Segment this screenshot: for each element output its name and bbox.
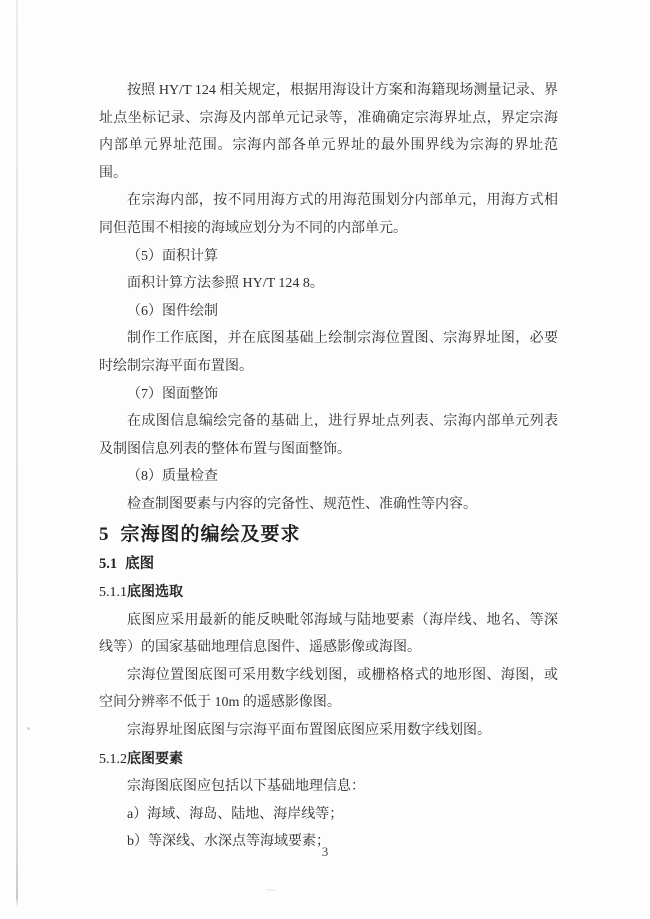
heading-number: 5.1 — [99, 556, 117, 572]
paragraph: （8）质量检查 — [99, 463, 558, 491]
scan-artifact-dot — [27, 727, 30, 730]
heading-number: 5.1.1 — [99, 585, 127, 600]
document-content: 按照 HY/T 124 相关规定，根据用海设计方案和海籍现场测量记录、界址点坐标… — [99, 77, 558, 856]
document-page: 按照 HY/T 124 相关规定，根据用海设计方案和海籍现场测量记录、界址点坐标… — [0, 0, 650, 919]
page-number: 3 — [0, 844, 650, 860]
heading-label: 底图 — [125, 556, 154, 572]
scan-artifact-speck — [266, 889, 276, 891]
list-item: a）海域、海岛、陆地、海岸线等； — [99, 801, 558, 829]
paragraph: （7）图面整饰 — [99, 381, 558, 409]
paragraph: 在宗海内部，按不同用海方式的用海范围划分内部单元，用海方式相同但范围不相接的海域… — [99, 187, 558, 242]
paragraph: 宗海位置图底图可采用数字线划图，或栅格格式的地形图、海图，或空间分辨率不低于 1… — [99, 662, 558, 717]
heading-label: 底图选取 — [127, 583, 183, 599]
heading-label: 宗海图的编绘及要求 — [121, 524, 301, 545]
paragraph: 按照 HY/T 124 相关规定，根据用海设计方案和海籍现场测量记录、界址点坐标… — [99, 77, 558, 187]
paragraph: 制作工作底图，并在底图基础上绘制宗海位置图、宗海界址图，必要时绘制宗海平面布置图… — [99, 325, 558, 380]
paragraph: 宗海图底图应包括以下基础地理信息： — [99, 773, 558, 801]
heading-label: 底图要素 — [127, 750, 183, 766]
paragraph: （6）图件绘制 — [99, 298, 558, 326]
paragraph: 面积计算方法参照 HY/T 124 8。 — [99, 270, 558, 298]
heading-number: 5.1.2 — [99, 752, 127, 767]
section-heading-5.1.2: 5.1.2底图要素 — [99, 745, 558, 774]
paragraph: （5）面积计算 — [99, 243, 558, 271]
section-heading-5: 5宗海图的编绘及要求 — [99, 519, 558, 551]
paragraph: 检查制图要素与内容的完备性、规范性、准确性等内容。 — [99, 491, 558, 519]
section-heading-5.1: 5.1底图 — [99, 551, 558, 579]
heading-number: 5 — [99, 524, 109, 545]
paragraph: 底图应采用最新的能反映毗邻海域与陆地要素（海岸线、地名、等深线等）的国家基础地理… — [99, 607, 558, 662]
paragraph: 宗海界址图底图与宗海平面布置图底图应采用数字线划图。 — [99, 717, 558, 745]
paragraph: 在成图信息编绘完备的基础上，进行界址点列表、宗海内部单元列表及制图信息列表的整体… — [99, 408, 558, 463]
section-heading-5.1.1: 5.1.1底图选取 — [99, 578, 558, 607]
scan-artifact-line — [16, 0, 18, 907]
